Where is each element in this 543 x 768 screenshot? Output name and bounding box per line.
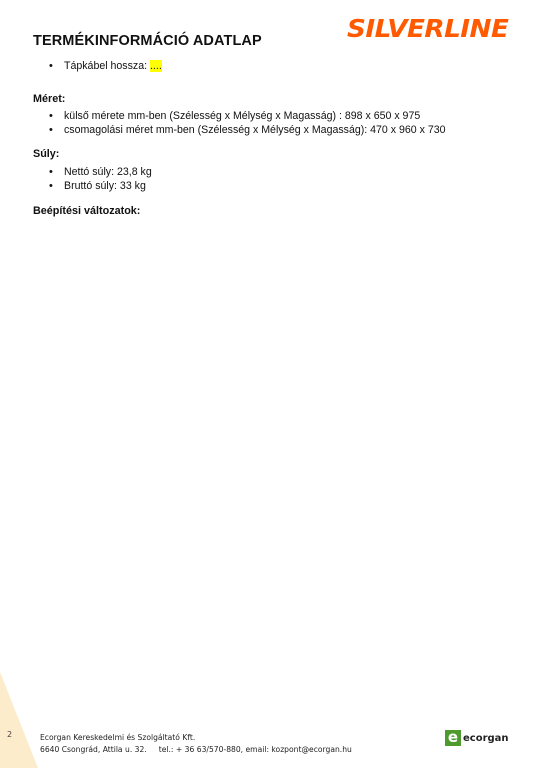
list-item: csomagolási méret mm-ben (Szélesség x Mé… bbox=[34, 123, 446, 137]
size-list: külső mérete mm-ben (Szélesség x Mélység… bbox=[34, 109, 446, 137]
section-heading-weight: Súly: bbox=[33, 148, 59, 160]
list-item: külső mérete mm-ben (Szélesség x Mélység… bbox=[34, 109, 446, 123]
page-number: 2 bbox=[7, 730, 12, 739]
footer-address: 6640 Csongrád, Attila u. 32. bbox=[40, 745, 147, 754]
section-heading-installation: Beépítési változatok: bbox=[33, 205, 140, 217]
list-item: Tápkábel hossza: .... bbox=[34, 59, 162, 73]
footer-corner-decoration bbox=[0, 672, 38, 768]
list-item: Nettó súly: 23,8 kg bbox=[34, 165, 152, 179]
ecorgan-e-icon: e bbox=[445, 730, 461, 746]
ecorgan-logo-text: ecorgan bbox=[463, 733, 509, 744]
cable-length-value: .... bbox=[150, 60, 162, 72]
cable-list: Tápkábel hossza: .... bbox=[34, 59, 162, 73]
silverline-logo: SILVERLINE bbox=[347, 14, 508, 43]
cable-length-label: Tápkábel hossza: bbox=[64, 60, 150, 72]
list-item: Bruttó súly: 33 kg bbox=[34, 179, 152, 193]
footer-address-line: 6640 Csongrád, Attila u. 32.tel.: + 36 6… bbox=[40, 745, 352, 754]
page-title: TERMÉKINFORMÁCIÓ ADATLAP bbox=[33, 33, 262, 49]
section-heading-size: Méret: bbox=[33, 93, 65, 105]
footer-contact: tel.: + 36 63/570-880, email: kozpont@ec… bbox=[159, 745, 352, 754]
weight-list: Nettó súly: 23,8 kg Bruttó súly: 33 kg bbox=[34, 165, 152, 193]
footer-company: Ecorgan Kereskedelmi és Szolgáltató Kft. bbox=[40, 733, 195, 742]
ecorgan-logo: e ecorgan bbox=[445, 730, 509, 746]
